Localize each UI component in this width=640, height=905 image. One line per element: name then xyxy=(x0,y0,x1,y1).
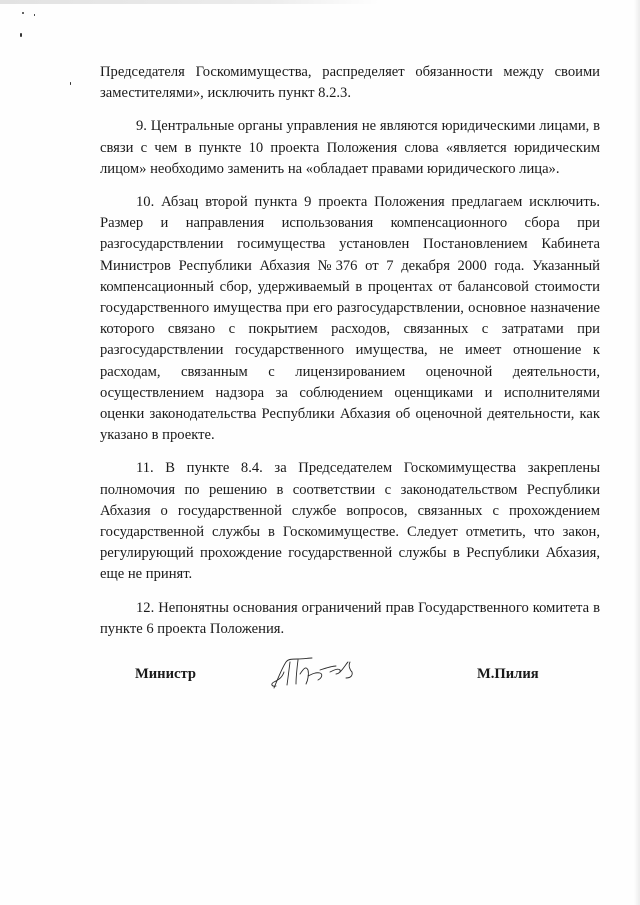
scan-speck xyxy=(34,14,35,16)
letter-body: Председателя Госкомимущества, распределя… xyxy=(100,62,600,640)
paragraph-item-10: 10. Абзац второй пункта 9 проекта Положе… xyxy=(100,192,600,446)
signatory-title: Министр xyxy=(135,666,196,683)
signatory-name: М.Пилия xyxy=(477,666,539,683)
handwritten-signature-icon xyxy=(268,656,363,690)
scan-right-edge xyxy=(634,0,640,905)
paragraph-continuation-8: Председателя Госкомимущества, распределя… xyxy=(100,62,600,104)
paragraph-item-11: 11. В пункте 8.4. за Председателем Госко… xyxy=(100,458,600,585)
scan-speck xyxy=(20,33,22,37)
scan-speck xyxy=(22,12,24,14)
signature-block: Министр М.Пилия xyxy=(0,662,640,692)
paragraph-item-9: 9. Центральные органы управления не явля… xyxy=(100,116,600,180)
paragraph-item-12: 12. Непонятны основания ограничений прав… xyxy=(100,598,600,640)
document-page: Председателя Госкомимущества, распределя… xyxy=(0,0,640,905)
scan-top-edge xyxy=(0,0,380,4)
scan-speck xyxy=(70,82,71,85)
